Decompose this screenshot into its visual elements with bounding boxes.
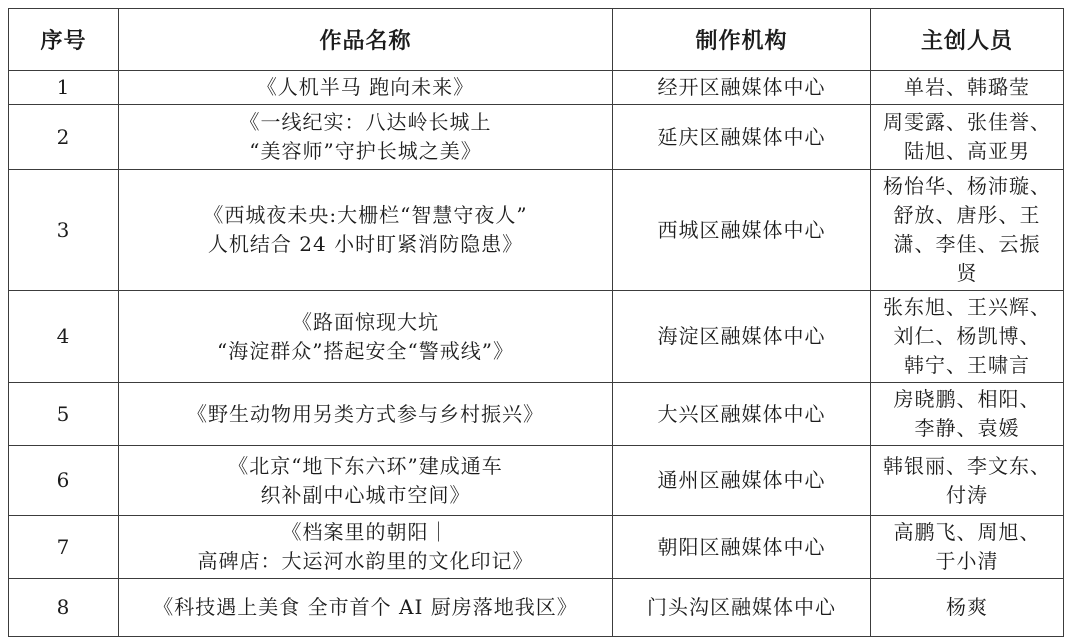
table-row: 5 《野生动物用另类方式参与乡村振兴》 大兴区融媒体中心 房晓鹏、相阳、 李静、… — [9, 383, 1064, 446]
cell-work-title: 《野生动物用另类方式参与乡村振兴》 — [119, 383, 613, 446]
table-row: 3 《西城夜未央:大栅栏“智慧守夜人” 人机结合 24 小时盯紧消防隐患》 西城… — [9, 170, 1064, 291]
cell-work-title: 《一线纪实：八达岭长城上 “美容师”守护长城之美》 — [119, 105, 613, 170]
table-row: 2 《一线纪实：八达岭长城上 “美容师”守护长城之美》 延庆区融媒体中心 周雯露… — [9, 105, 1064, 170]
cell-work-title: 《档案里的朝阳｜ 高碑店：大运河水韵里的文化印记》 — [119, 516, 613, 579]
document-page: 序号 作品名称 制作机构 主创人员 1 《人机半马 跑向未来》 经开区融媒体中心… — [0, 0, 1071, 629]
cell-serial-number: 6 — [9, 446, 119, 516]
column-header-organization: 制作机构 — [613, 9, 871, 71]
cell-work-title: 《科技遇上美食 全市首个 AI 厨房落地我区》 — [119, 579, 613, 637]
cell-work-title: 《西城夜未央:大栅栏“智慧守夜人” 人机结合 24 小时盯紧消防隐患》 — [119, 170, 613, 291]
cell-serial-number: 5 — [9, 383, 119, 446]
cell-organization: 经开区融媒体中心 — [613, 71, 871, 105]
cell-serial-number: 7 — [9, 516, 119, 579]
cell-organization: 门头沟区融媒体中心 — [613, 579, 871, 637]
header-row: 序号 作品名称 制作机构 主创人员 — [9, 9, 1064, 71]
table-row: 8 《科技遇上美食 全市首个 AI 厨房落地我区》 门头沟区融媒体中心 杨爽 — [9, 579, 1064, 637]
cell-serial-number: 4 — [9, 291, 119, 383]
cell-creators: 张东旭、王兴辉、 刘仁、杨凯博、 韩宁、王啸言 — [871, 291, 1064, 383]
works-award-table: 序号 作品名称 制作机构 主创人员 1 《人机半马 跑向未来》 经开区融媒体中心… — [8, 8, 1064, 637]
cell-serial-number: 3 — [9, 170, 119, 291]
cell-creators: 高鹏飞、周旭、 于小清 — [871, 516, 1064, 579]
cell-work-title: 《人机半马 跑向未来》 — [119, 71, 613, 105]
table-row: 7 《档案里的朝阳｜ 高碑店：大运河水韵里的文化印记》 朝阳区融媒体中心 高鹏飞… — [9, 516, 1064, 579]
cell-work-title: 《北京“地下东六环”建成通车 织补副中心城市空间》 — [119, 446, 613, 516]
cell-creators: 单岩、韩璐莹 — [871, 71, 1064, 105]
cell-serial-number: 1 — [9, 71, 119, 105]
cell-creators: 房晓鹏、相阳、 李静、袁媛 — [871, 383, 1064, 446]
cell-organization: 西城区融媒体中心 — [613, 170, 871, 291]
table-row: 6 《北京“地下东六环”建成通车 织补副中心城市空间》 通州区融媒体中心 韩银丽… — [9, 446, 1064, 516]
table-row: 1 《人机半马 跑向未来》 经开区融媒体中心 单岩、韩璐莹 — [9, 71, 1064, 105]
cell-serial-number: 8 — [9, 579, 119, 637]
cell-organization: 朝阳区融媒体中心 — [613, 516, 871, 579]
cell-creators: 韩银丽、李文东、 付涛 — [871, 446, 1064, 516]
table-row: 4 《路面惊现大坑 “海淀群众”搭起安全“警戒线”》 海淀区融媒体中心 张东旭、… — [9, 291, 1064, 383]
cell-organization: 通州区融媒体中心 — [613, 446, 871, 516]
cell-serial-number: 2 — [9, 105, 119, 170]
cell-organization: 大兴区融媒体中心 — [613, 383, 871, 446]
cell-organization: 延庆区融媒体中心 — [613, 105, 871, 170]
column-header-work-title: 作品名称 — [119, 9, 613, 71]
cell-creators: 周雯露、张佳誉、 陆旭、高亚男 — [871, 105, 1064, 170]
column-header-creators: 主创人员 — [871, 9, 1064, 71]
cell-organization: 海淀区融媒体中心 — [613, 291, 871, 383]
cell-creators: 杨爽 — [871, 579, 1064, 637]
column-header-serial: 序号 — [9, 9, 119, 71]
cell-creators: 杨怡华、杨沛璇、 舒放、唐彤、王 潇、李佳、云振 贤 — [871, 170, 1064, 291]
cell-work-title: 《路面惊现大坑 “海淀群众”搭起安全“警戒线”》 — [119, 291, 613, 383]
